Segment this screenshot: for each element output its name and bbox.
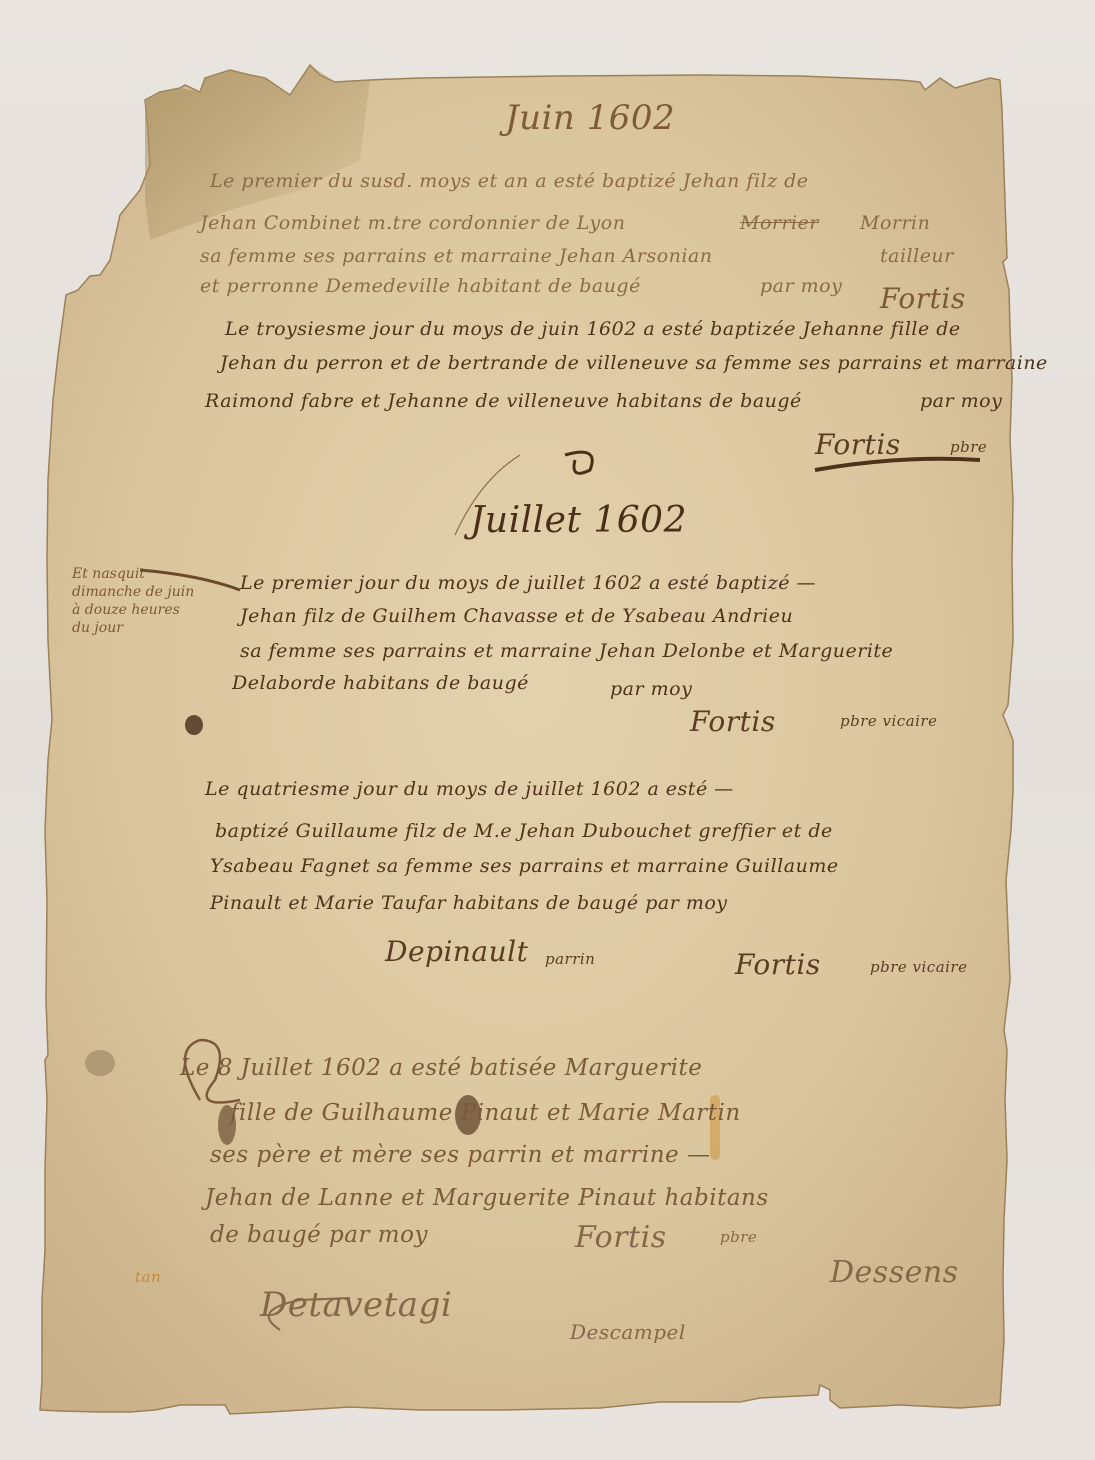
manuscript-page: Juin 1602 Le premier du susd. moys et an… — [0, 0, 1095, 1460]
ink-flourishes — [0, 0, 1095, 1460]
